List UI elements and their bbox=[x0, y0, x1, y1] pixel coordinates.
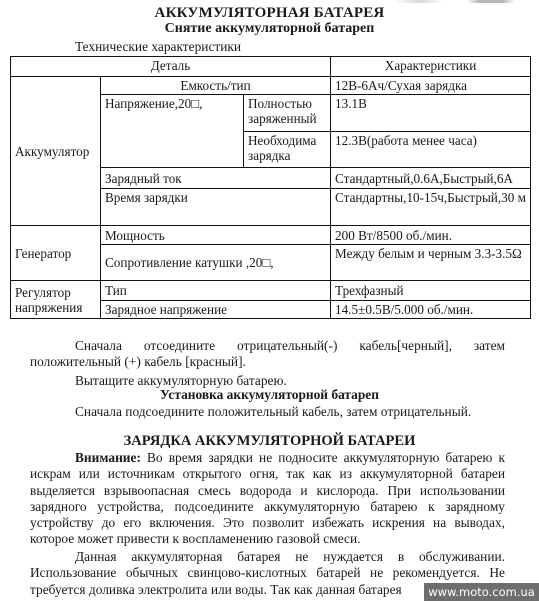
param-cell: Напряжение,20□, bbox=[101, 95, 244, 168]
value-cell: Стандартный,0.6А,Быстрый,6А bbox=[331, 168, 531, 189]
group-regulator: Регулятор напряжения bbox=[11, 281, 101, 319]
charging-title: ЗАРЯДКА АККУМУЛЯТОРНОЙ БАТАРЕИ bbox=[0, 433, 539, 449]
value-cell: 13.1В bbox=[331, 95, 531, 132]
sub-param-cell: Необходима зарядка bbox=[244, 132, 331, 168]
param-cell: Зарядный ток bbox=[101, 168, 331, 189]
table-header-row: Деталь Характеристики bbox=[11, 57, 531, 77]
spec-table: Деталь Характеристики Аккумулятор Емкост… bbox=[10, 56, 531, 319]
param-cell: Сопротивление катушки ,20□, bbox=[101, 245, 331, 281]
value-cell: 12В-6Ач/Сухая зарядка bbox=[331, 77, 531, 95]
document-title: АККУМУЛЯТОРНАЯ БАТАРЕЯ bbox=[0, 5, 539, 21]
group-battery: Аккумулятор bbox=[11, 77, 101, 226]
value-cell: Между белым и черным 3.3-3.5Ω bbox=[331, 245, 531, 281]
group-generator: Генератор bbox=[11, 226, 101, 281]
table-row: Генератор Мощность 200 Вт/8500 об./мин. bbox=[11, 226, 531, 245]
param-cell: Емкость/тип bbox=[101, 77, 331, 95]
param-cell: Тип bbox=[101, 281, 331, 301]
install-paragraph: Сначала подсоедините положительный кабел… bbox=[30, 404, 505, 420]
warning-label: Внимание: bbox=[75, 450, 141, 465]
header-detail: Деталь bbox=[11, 57, 331, 77]
install-heading: Установка аккумуляторной батареп bbox=[0, 387, 539, 403]
sub-param-cell: Полностью заряженный bbox=[244, 95, 331, 132]
warning-paragraph: Внимание: Во время зарядки не подносите … bbox=[30, 450, 505, 548]
watermark: www.moto.com.ua bbox=[424, 583, 539, 601]
header-specs: Характеристики bbox=[331, 57, 531, 77]
table-row: Аккумулятор Емкость/тип 12В-6Ач/Сухая за… bbox=[11, 77, 531, 95]
document-subtitle: Снятие аккумуляторной батареп bbox=[0, 21, 539, 37]
value-cell: 12.3В(работа менее часа) bbox=[331, 132, 531, 168]
param-cell: Мощность bbox=[101, 226, 331, 245]
table-row: Регулятор напряжения Тип Трехфазный bbox=[11, 281, 531, 301]
value-cell: Стандартны,10-15ч,Быстрый,30 м bbox=[331, 189, 531, 226]
removal-paragraph: Сначала отсоедините отрицательный(-) каб… bbox=[30, 338, 505, 370]
param-cell: Время зарядки bbox=[101, 189, 331, 226]
table-caption: Технические характеристики bbox=[75, 39, 241, 55]
value-cell: 14.5±0.5В/5.000 об./мин. bbox=[331, 301, 531, 319]
value-cell: Трехфазный bbox=[331, 281, 531, 301]
scan-artifact bbox=[395, 0, 515, 3]
param-cell: Зарядное напряжение bbox=[101, 301, 331, 319]
value-cell: 200 Вт/8500 об./мин. bbox=[331, 226, 531, 245]
